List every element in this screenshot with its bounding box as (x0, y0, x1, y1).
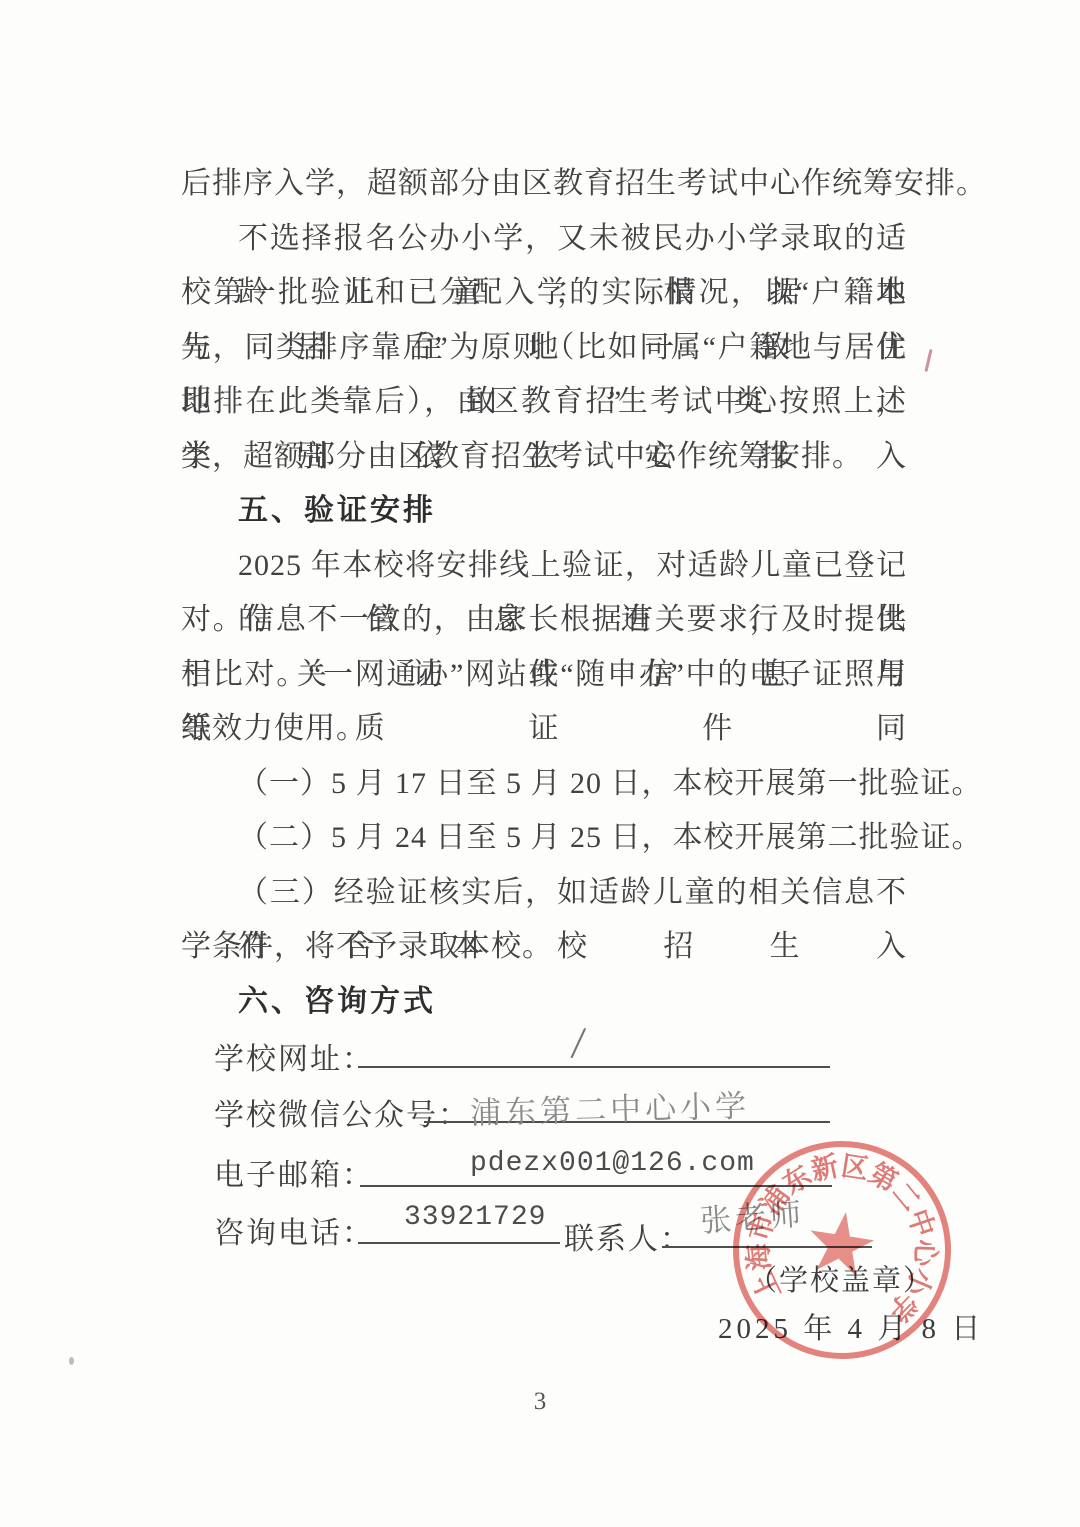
website-label: 学校网址： (214, 1034, 374, 1078)
email-label: 电子邮箱： (214, 1150, 374, 1194)
wechat-label: 学校微信公众号： (214, 1090, 470, 1134)
body-line: 于比对。“一网通办”网站或“随申办”中的电子证照与纸质证件同 (181, 648, 907, 703)
section-heading-verification: 五、验证安排 (181, 484, 907, 539)
body-line: （一）5 月 17 日至 5 月 20 日，本校开展第一批验证。 (181, 757, 907, 812)
scan-speck (69, 1357, 74, 1365)
phone-label: 咨询电话： (214, 1208, 374, 1252)
wechat-value-handwritten: 浦东第二中心小学 (469, 1080, 750, 1132)
body-line: 对。信息不一致的，由家长根据有关要求，及时提供相关证件信息用 (181, 593, 907, 648)
email-value: pdezx001@126.com (470, 1148, 755, 1179)
body-line: 校第一批验证和已分配入学的实际情况，以“户籍地与居住地一致优 (181, 266, 907, 321)
body-line: （三）经验证核实后，如适龄儿童的相关信息不符合本校招生入 (181, 866, 907, 921)
school-seal: 上海市浦东新区第二中心小学 (709, 1117, 974, 1382)
website-underline (358, 1066, 830, 1068)
section-heading-consultation: 六、咨询方式 (181, 975, 907, 1030)
body-line: 后排序入学，超额部分由区教育招生考试中心作统筹安排。 (181, 157, 907, 212)
body-line: （二）5 月 24 日至 5 月 25 日，本校开展第二批验证。 (181, 811, 907, 866)
body-line: 先，同类排序靠后”为原则（比如同属“户籍地与居住地一致”类， (181, 321, 907, 376)
body-line: 即排在此类靠后），由区教育招生考试中心按照上述类别依次安排入 (181, 375, 907, 430)
phone-underline (358, 1242, 560, 1244)
document-page: 后排序入学，超额部分由区教育招生考试中心作统筹安排。 不选择报名公办小学，又未被… (0, 0, 1080, 1527)
body-text: 后排序入学，超额部分由区教育招生考试中心作统筹安排。 不选择报名公办小学，又未被… (181, 157, 907, 1029)
phone-value: 33921729 (404, 1202, 546, 1233)
body-line: 2025 年本校将安排线上验证，对适龄儿童已登记的信息进行比 (181, 539, 907, 594)
page-number: 3 (0, 1388, 1080, 1416)
stray-pen-mark (924, 349, 932, 372)
contact-label: 联系人： (564, 1214, 692, 1258)
body-line: 学，超额部分由区教育招生考试中心作统筹安排。 (181, 430, 907, 485)
seal-star-icon (804, 1207, 877, 1278)
body-line: 不选择报名公办小学，又未被民办小学录取的适龄儿童，根据本 (181, 212, 907, 267)
